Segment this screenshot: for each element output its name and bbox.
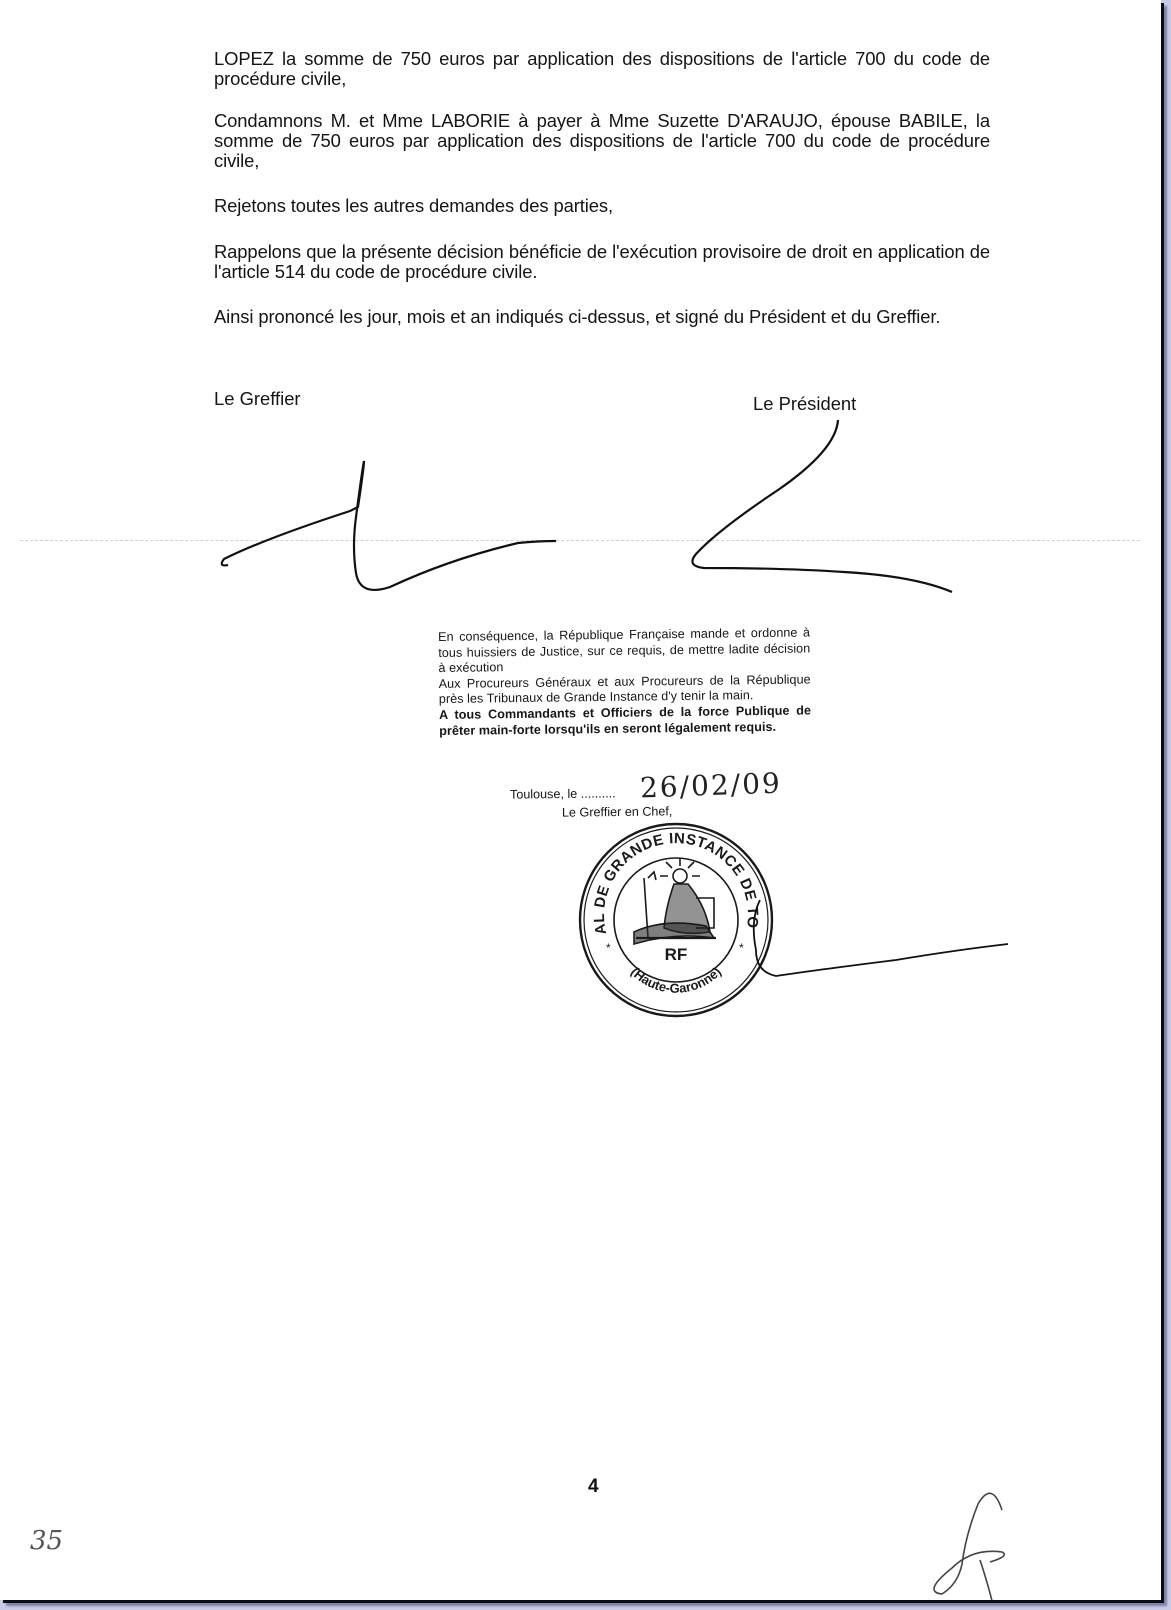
paragraph-text: LOPEZ la somme de 750 euros par applicat… xyxy=(214,49,990,89)
page-number: 4 xyxy=(588,1476,599,1498)
president-signature-icon xyxy=(692,420,952,592)
greffier-label: Le Greffier xyxy=(214,388,301,410)
place-date-line: Toulouse, le .......... xyxy=(510,786,616,801)
greffier-signature-icon xyxy=(222,461,556,590)
scan-artifact-line xyxy=(20,540,1140,541)
paragraph-condamnons: Condamnons M. et Mme LABORIE à payer à M… xyxy=(214,111,990,171)
paragraph-rappelons: Rappelons que la présente décision bénéf… xyxy=(214,242,990,282)
paraph-initial-icon xyxy=(934,1493,1004,1600)
stamp-center-text: RF xyxy=(665,945,688,964)
paragraph-text: Condamnons M. et Mme LABORIE à payer à M… xyxy=(214,111,990,171)
executory-formula: En conséquence, la République Française … xyxy=(438,625,811,739)
paragraph-text: Ainsi prononcé les jour, mois et an indi… xyxy=(214,307,990,327)
greffier-en-chef-signature-icon xyxy=(754,900,1008,976)
document-page: LOPEZ la somme de 750 euros par applicat… xyxy=(0,0,1161,1600)
margin-initials: 35 xyxy=(30,1526,63,1556)
paragraph-text: Rappelons que la présente décision bénéf… xyxy=(214,242,990,282)
svg-text:*: * xyxy=(739,941,744,955)
paragraph-article-700-lopez: LOPEZ la somme de 750 euros par applicat… xyxy=(214,49,990,89)
president-label: Le Président xyxy=(753,393,856,415)
court-seal-stamp: TRIBUNAL DE GRANDE INSTANCE DE TOULOUSE … xyxy=(576,820,776,1020)
paragraph-rejetons: Rejetons toutes les autres demandes des … xyxy=(214,196,990,216)
handwritten-date: 26/02/09 xyxy=(639,767,782,805)
stamp-bottom-text: (Haute-Garonne) xyxy=(628,964,724,996)
formula-line-3: A tous Commandants et Officiers de la fo… xyxy=(439,703,811,739)
formula-line-1: En conséquence, la République Française … xyxy=(438,625,811,676)
paragraph-text: Rejetons toutes les autres demandes des … xyxy=(214,196,990,216)
paragraph-ainsi-prononce: Ainsi prononcé les jour, mois et an indi… xyxy=(214,307,990,327)
svg-text:(Haute-Garonne): (Haute-Garonne) xyxy=(628,964,724,996)
greffier-en-chef-label: Le Greffier en Chef, xyxy=(562,804,673,819)
formula-line-2: Aux Procureurs Généraux et aux Procureur… xyxy=(439,672,811,708)
svg-text:*: * xyxy=(606,941,611,955)
marianne-figure-icon xyxy=(634,858,716,944)
